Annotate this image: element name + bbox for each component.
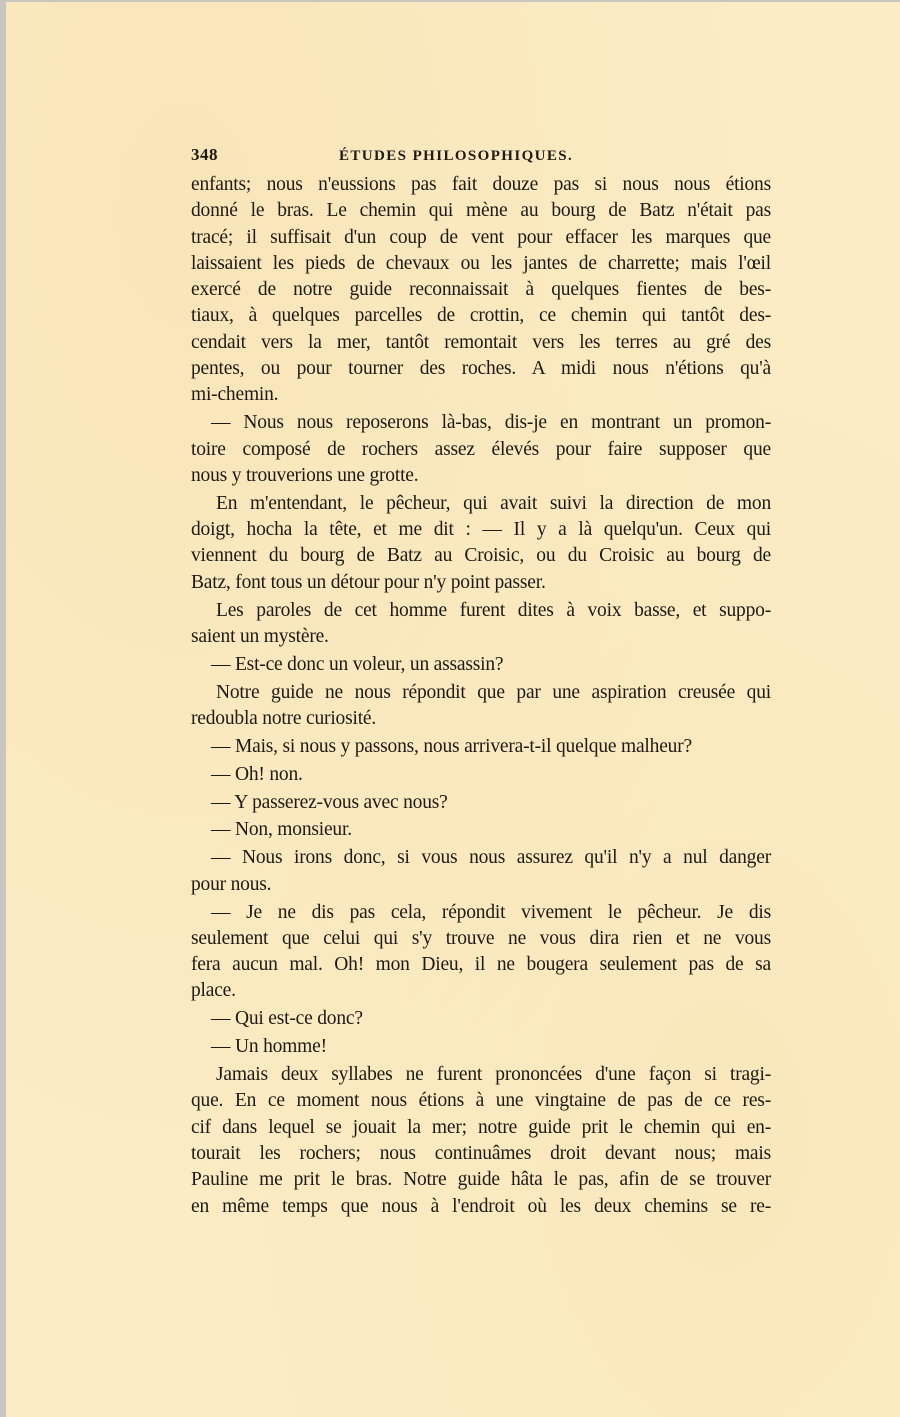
paragraph: — Y passerez-vous avec nous? (191, 790, 771, 816)
text-line: — Nous irons donc, si vous nous assurez … (191, 845, 771, 871)
text-line: nous y trouverions une grotte. (191, 463, 771, 489)
text-line: pentes, ou pour tourner des roches. A mi… (191, 356, 771, 382)
text-line: — Y passerez-vous avec nous? (191, 790, 771, 816)
text-line: En m'entendant, le pêcheur, qui avait su… (191, 491, 771, 517)
page-number: 348 (191, 145, 218, 165)
text-line: donné le bras. Le chemin qui mène au bou… (191, 198, 771, 224)
text-line: que. En ce moment nous étions à une ving… (191, 1088, 771, 1114)
text-line: tourait les rochers; nous continuâmes dr… (191, 1141, 771, 1167)
paragraph: — Un homme! (191, 1034, 771, 1060)
text-line: place. (191, 978, 771, 1004)
book-page: 348 ÉTUDES PHILOSOPHIQUES. enfants; nous… (6, 2, 900, 1417)
text-line: laissaient les pieds de chevaux ou les j… (191, 251, 771, 277)
text-line: Pauline me prit le bras. Notre guide hât… (191, 1167, 771, 1193)
paragraph: enfants; nous n'eussions pas fait douze … (191, 172, 771, 409)
text-line: en même temps que nous à l'endroit où le… (191, 1194, 771, 1220)
text-line: Batz, font tous un détour pour n'y point… (191, 570, 771, 596)
paragraph: — Nous irons donc, si vous nous assurez … (191, 845, 771, 898)
running-head: 348 ÉTUDES PHILOSOPHIQUES. (191, 142, 771, 172)
text-line: exercé de notre guide reconnaissait à qu… (191, 277, 771, 303)
body-text: enfants; nous n'eussions pas fait douze … (191, 172, 771, 1220)
paragraph: — Oh! non. (191, 762, 771, 788)
text-line: saient un mystère. (191, 624, 771, 650)
text-line: tiaux, à quelques parcelles de crottin, … (191, 303, 771, 329)
text-line: — Mais, si nous y passons, nous arrivera… (191, 734, 771, 760)
text-line: Jamais deux syllabes ne furent prononcée… (191, 1062, 771, 1088)
text-line: — Un homme! (191, 1034, 771, 1060)
text-line: mi-chemin. (191, 382, 771, 408)
text-line: toire composé de rochers assez élevés po… (191, 437, 771, 463)
text-line: — Je ne dis pas cela, répondit vivement … (191, 900, 771, 926)
text-line: enfants; nous n'eussions pas fait douze … (191, 172, 771, 198)
text-line: — Nous nous reposerons là-bas, dis-je en… (191, 410, 771, 436)
text-line: tracé; il suffisait d'un coup de vent po… (191, 225, 771, 251)
paragraph: Les paroles de cet homme furent dites à … (191, 598, 771, 651)
paragraph: — Mais, si nous y passons, nous arrivera… (191, 734, 771, 760)
text-line: pour nous. (191, 872, 771, 898)
text-line: — Est-ce donc un voleur, un assassin? (191, 652, 771, 678)
running-title: ÉTUDES PHILOSOPHIQUES. (339, 148, 573, 165)
page-text-block: 348 ÉTUDES PHILOSOPHIQUES. enfants; nous… (191, 142, 771, 1221)
text-line: — Oh! non. (191, 762, 771, 788)
text-line: Notre guide ne nous répondit que par une… (191, 680, 771, 706)
text-line: — Non, monsieur. (191, 817, 771, 843)
text-line: doigt, hocha la tête, et me dit : — Il y… (191, 517, 771, 543)
paragraph: Jamais deux syllabes ne furent prononcée… (191, 1062, 771, 1220)
paragraph: — Est-ce donc un voleur, un assassin? (191, 652, 771, 678)
paragraph: Notre guide ne nous répondit que par une… (191, 680, 771, 733)
text-line: cendait vers la mer, tantôt remontait ve… (191, 330, 771, 356)
text-line: — Qui est-ce donc? (191, 1006, 771, 1032)
text-line: redoubla notre curiosité. (191, 706, 771, 732)
text-line: Les paroles de cet homme furent dites à … (191, 598, 771, 624)
paragraph: En m'entendant, le pêcheur, qui avait su… (191, 491, 771, 596)
paragraph: — Nous nous reposerons là-bas, dis-je en… (191, 410, 771, 489)
text-line: seulement que celui qui s'y trouve ne vo… (191, 926, 771, 952)
text-line: viennent du bourg de Batz au Croisic, ou… (191, 543, 771, 569)
paragraph: — Je ne dis pas cela, répondit vivement … (191, 900, 771, 1005)
text-line: cif dans lequel se jouait la mer; notre … (191, 1115, 771, 1141)
text-line: fera aucun mal. Oh! mon Dieu, il ne boug… (191, 952, 771, 978)
paragraph: — Non, monsieur. (191, 817, 771, 843)
paragraph: — Qui est-ce donc? (191, 1006, 771, 1032)
